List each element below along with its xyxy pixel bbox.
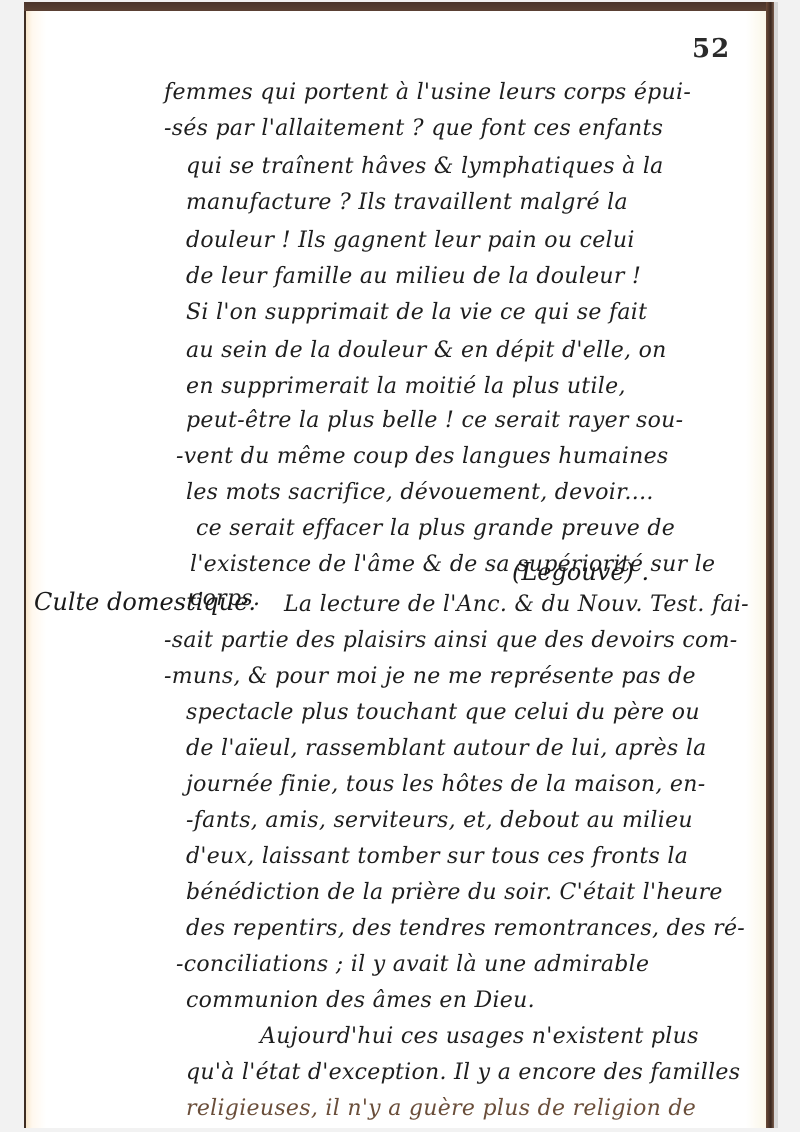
manuscript-line: en supprimerait la moitié la plus utile, — [186, 374, 626, 399]
manuscript-line: peut-être la plus belle ! ce serait raye… — [186, 408, 683, 433]
manuscript-line: spectacle plus touchant que celui du pèr… — [186, 700, 700, 725]
manuscript-line: des repentirs, des tendres remontrances,… — [186, 916, 745, 941]
manuscript-line: journée finie, tous les hôtes de la mais… — [186, 772, 705, 797]
manuscript-line: au sein de la douleur & en dépit d'elle,… — [186, 338, 667, 363]
manuscript-line: -vent du même coup des langues humaines — [176, 444, 669, 469]
manuscript-line: douleur ! Ils gagnent leur pain ou celui — [186, 228, 635, 253]
manuscript-line: communion des âmes en Dieu. — [186, 988, 535, 1013]
manuscript-line: qu'à l'état d'exception. Il y a encore d… — [186, 1060, 740, 1085]
page-number: 52 — [692, 34, 730, 64]
binding-right-edge — [766, 2, 774, 1128]
manuscript-line: Aujourd'hui ces usages n'existent plus — [260, 1024, 699, 1049]
manuscript-line: de leur famille au milieu de la douleur … — [186, 264, 641, 289]
manuscript-line: qui se traînent hâves & lymphatiques à l… — [186, 154, 664, 179]
manuscript-line: -sés par l'allaitement ? que font ces en… — [164, 116, 663, 141]
manuscript-line: -sait partie des plaisirs ainsi que des … — [164, 628, 737, 653]
binding-top-edge — [24, 2, 774, 11]
manuscript-line: religieuses, il n'y a guère plus de reli… — [186, 1096, 696, 1121]
manuscript-line: -conciliations ; il y avait là une admir… — [176, 952, 649, 977]
manuscript-line: d'eux, laissant tomber sur tous ces fron… — [186, 844, 688, 869]
manuscript-line: ce serait effacer la plus grande preuve … — [196, 516, 675, 541]
manuscript-line: les mots sacrifice, dévouement, devoir..… — [186, 480, 654, 505]
manuscript-line: manufacture ? Ils travaillent malgré la — [186, 190, 628, 215]
manuscript-line: Si l'on supprimait de la vie ce qui se f… — [186, 300, 647, 325]
manuscript-line: -fants, amis, serviteurs, et, debout au … — [186, 808, 693, 833]
page-shadow — [774, 2, 778, 1128]
quote-attribution: (Legouvé) . — [512, 558, 649, 586]
manuscript-line: de l'aïeul, rassemblant autour de lui, a… — [186, 736, 707, 761]
manuscript-line: -muns, & pour moi je ne me représente pa… — [164, 664, 696, 689]
manuscript-line: bénédiction de la prière du soir. C'étai… — [186, 880, 723, 905]
manuscript-line: La lecture de l'Anc. & du Nouv. Test. fa… — [284, 592, 749, 617]
section-margin-title: Culte domestique. — [34, 588, 256, 616]
manuscript-line: femmes qui portent à l'usine leurs corps… — [164, 80, 691, 105]
